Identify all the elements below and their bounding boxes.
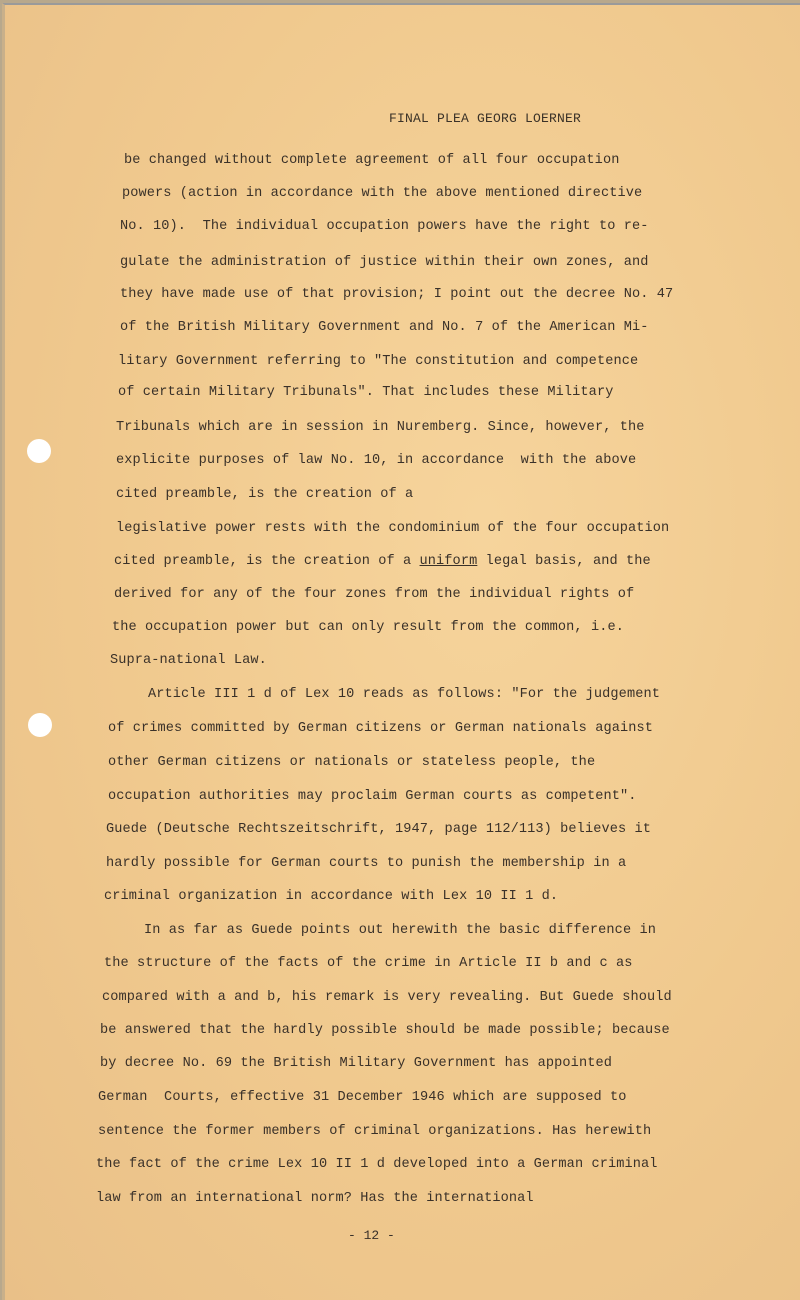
text-line: by decree No. 69 the British Military Go…: [100, 1056, 612, 1071]
text-line: criminal organization in accordance with…: [104, 889, 558, 904]
text-line: German Courts, effective 31 December 194…: [98, 1090, 626, 1105]
text-line: of crimes committed by German citizens o…: [108, 721, 653, 736]
text-line: legislative power rests with the condomi…: [116, 521, 669, 536]
text-line: No. 10). The individual occupation power…: [120, 219, 648, 234]
text-line: occupation authorities may proclaim Germ…: [108, 789, 636, 804]
text-line: the occupation power but can only result…: [112, 620, 624, 635]
text-line: the structure of the facts of the crime …: [104, 956, 632, 971]
text-line: Supra-national Law.: [110, 653, 267, 668]
text-line: In as far as Guede points out herewith t…: [144, 923, 656, 938]
punch-hole-bottom: [28, 713, 52, 737]
text-line: Tribunals which are in session in Nuremb…: [116, 420, 644, 435]
text-line: derived for any of the four zones from t…: [114, 587, 634, 602]
page-number: - 12 -: [348, 1228, 395, 1243]
text-line: the fact of the crime Lex 10 II 1 d deve…: [96, 1157, 658, 1172]
text-line: powers (action in accordance with the ab…: [122, 186, 642, 201]
text-line: cited preamble, is the creation of a uni…: [114, 554, 651, 569]
text-line: other German citizens or nationals or st…: [108, 755, 595, 770]
underlined-word: uniform: [420, 554, 478, 569]
text-line: Guede (Deutsche Rechtszeitschrift, 1947,…: [106, 822, 651, 837]
text-line: sentence the former members of criminal …: [98, 1124, 651, 1139]
text-line: Article III 1 d of Lex 10 reads as follo…: [148, 687, 660, 702]
text-line: gulate the administration of justice wit…: [120, 255, 648, 270]
document-header: FINAL PLEA GEORG LOERNER: [389, 111, 581, 126]
punch-hole-top: [27, 439, 51, 463]
text-line: litary Government referring to "The cons…: [118, 354, 638, 369]
text-line: hardly possible for German courts to pun…: [106, 856, 626, 871]
text-line: be changed without complete agreement of…: [124, 153, 619, 168]
text-line: of the British Military Government and N…: [120, 320, 648, 335]
text-line: compared with a and b, his remark is ver…: [102, 990, 672, 1005]
text-line: law from an international norm? Has the …: [96, 1191, 534, 1206]
text-line: they have made use of that provision; I …: [120, 287, 673, 302]
text-line: cited preamble, is the creation of a: [116, 487, 422, 502]
text-line: explicite purposes of law No. 10, in acc…: [116, 453, 636, 468]
text-line: be answered that the hardly possible sho…: [100, 1023, 670, 1038]
text-line: of certain Military Tribunals". That inc…: [118, 385, 613, 400]
document-page: FINAL PLEA GEORG LOERNER - 12 - be chang…: [2, 3, 800, 1300]
